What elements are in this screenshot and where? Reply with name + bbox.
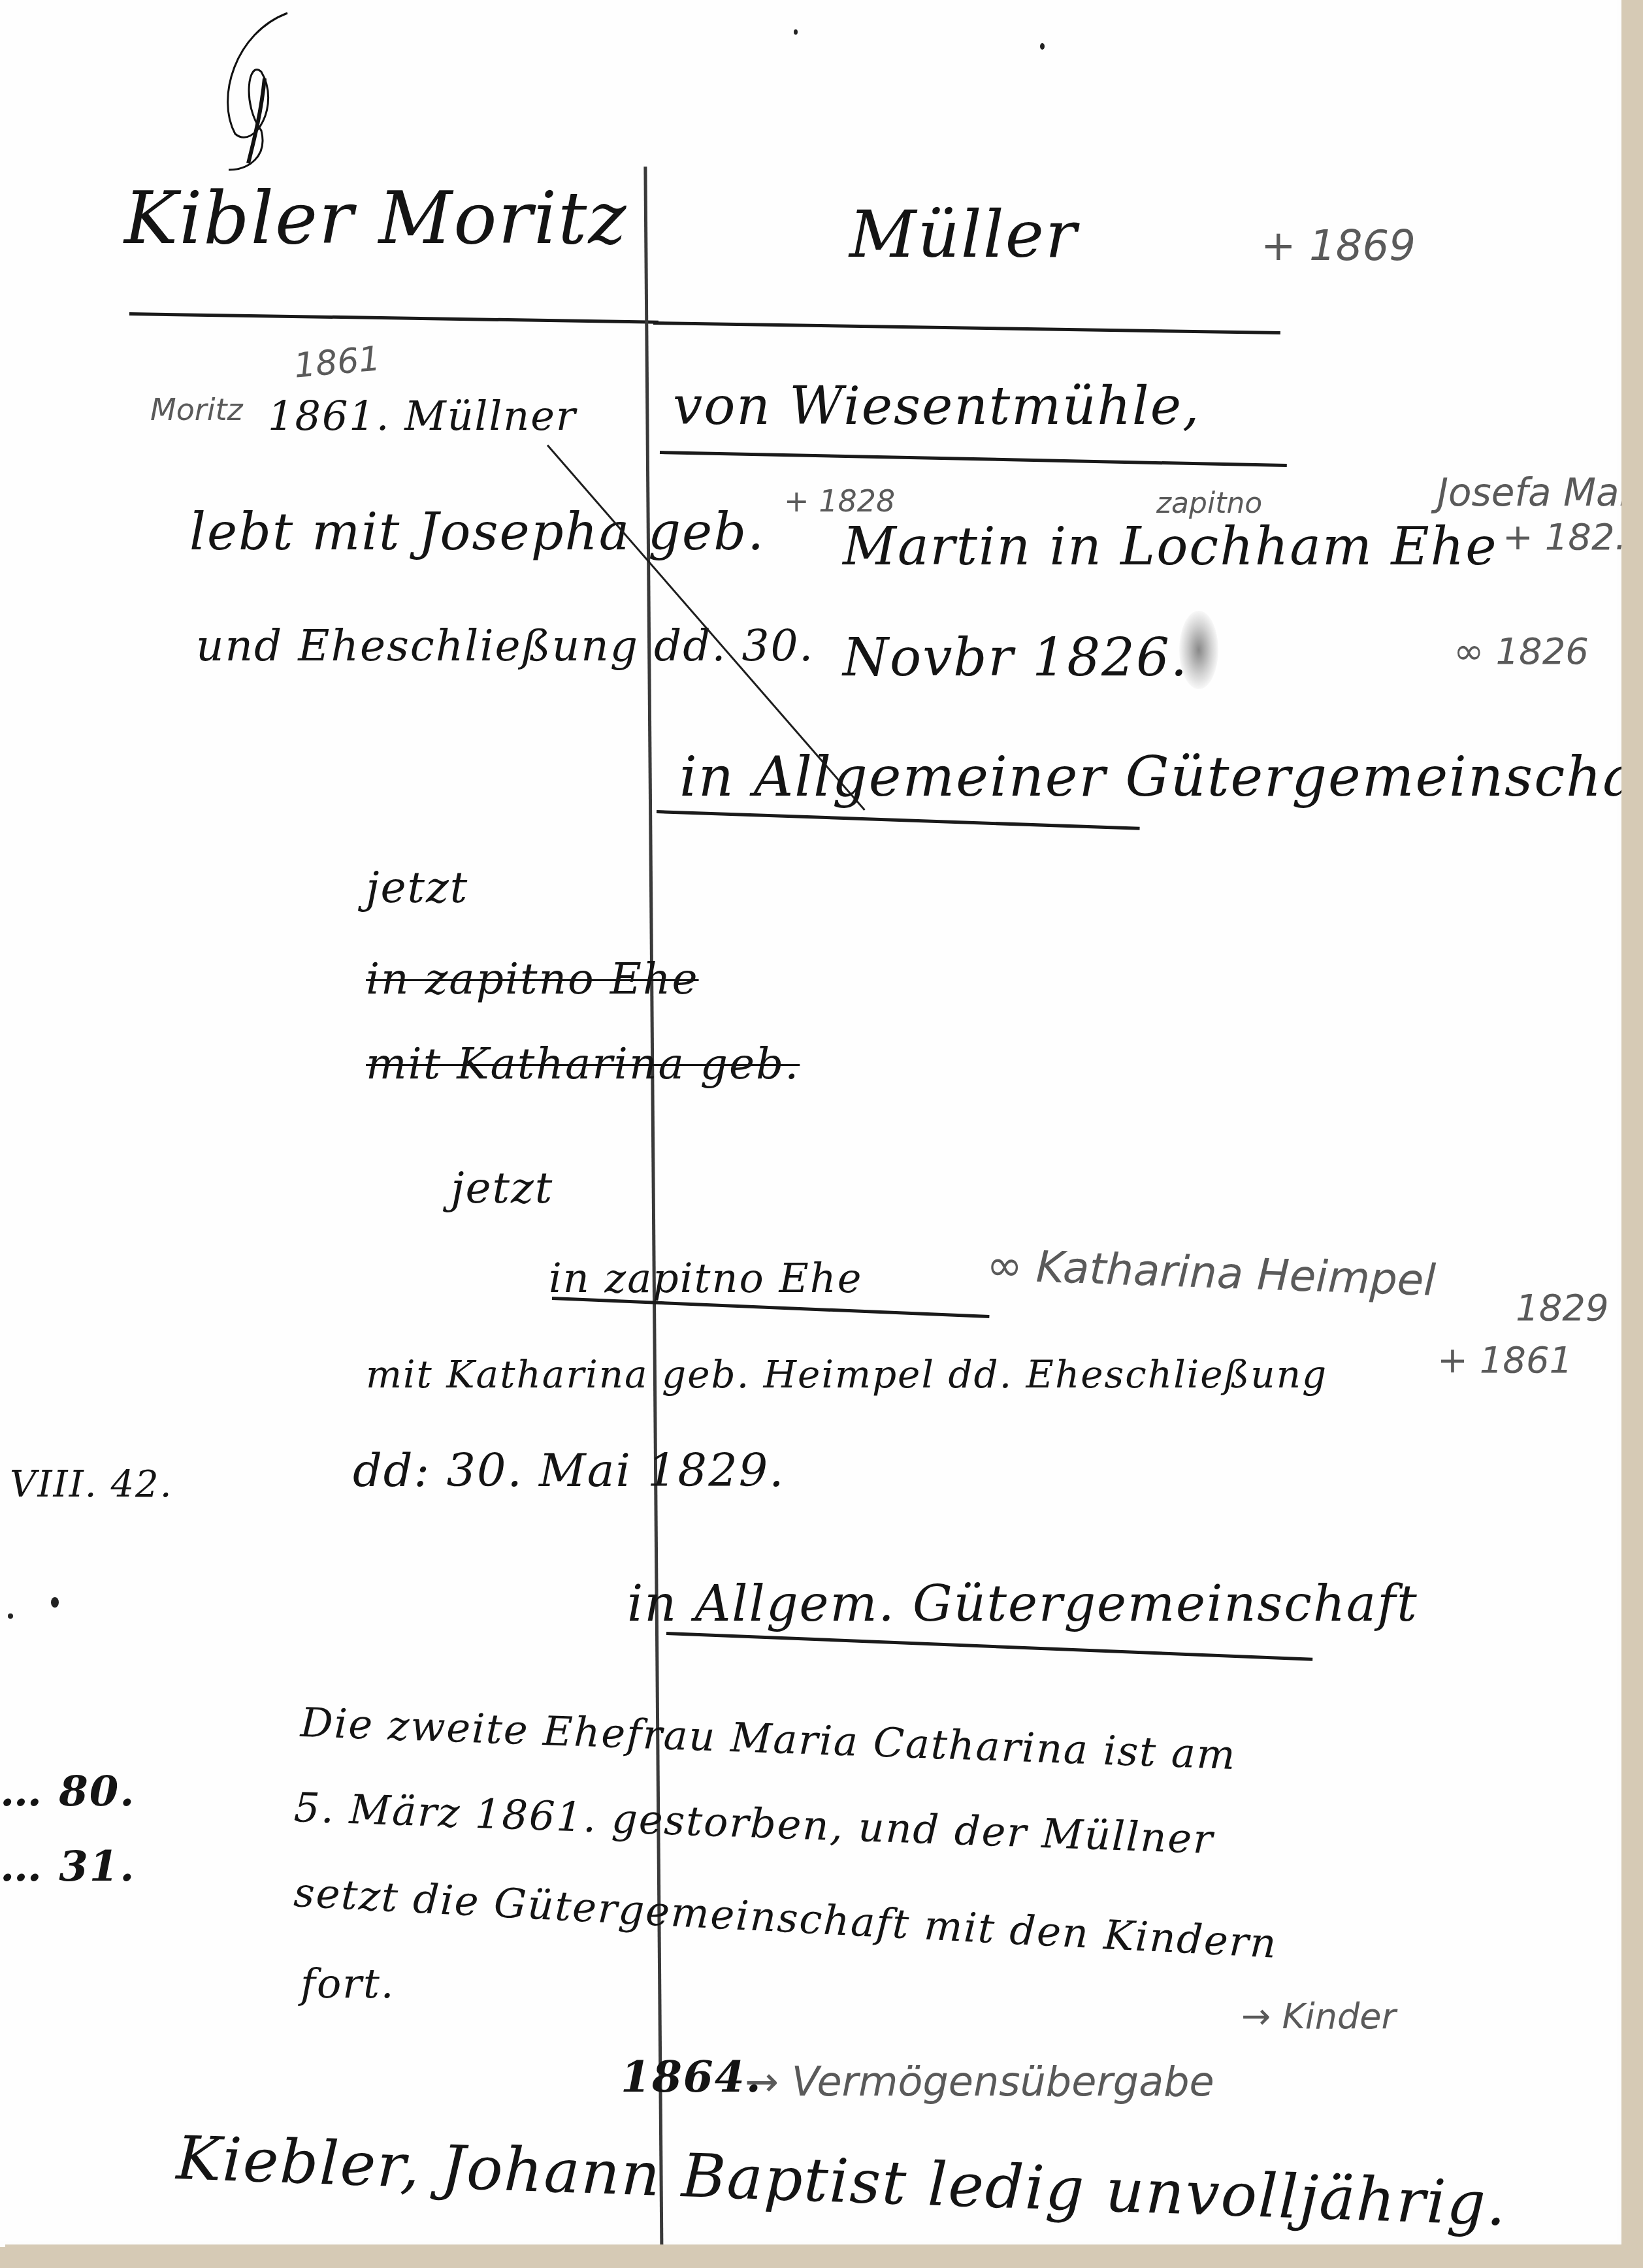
margin-ref-1: VIII. 42.	[10, 1463, 172, 1506]
insertion-zapitno: zapitno	[1156, 487, 1262, 520]
margin-josefa-name: Josefa Mar…	[1437, 470, 1643, 515]
margin-ref-3: … 31.	[0, 1842, 136, 1891]
jetzt-1: jetzt	[366, 862, 468, 913]
transfer-note: → Vermögensübergabe	[745, 2058, 1214, 2105]
entry-year-line: 1861. Müllner	[268, 392, 577, 440]
header-surname: Kibler Moritz	[124, 176, 627, 260]
ink-spot	[1040, 43, 1045, 50]
margin-birth-1829: 1829	[1516, 1287, 1609, 1329]
right-line-7: dd: 30. Mai 1829.	[353, 1444, 785, 1497]
right-line-6: mit Katharina geb. Heimpel dd. Eheschlie…	[366, 1352, 1327, 1397]
margin-marriage-1826: ∞ 1826	[1454, 630, 1589, 673]
left-line-1: lebt mit Josepha geb.	[189, 503, 765, 562]
page-number-flourish-icon	[157, 7, 327, 183]
right-line-5: in zapitno Ehe	[549, 1254, 862, 1302]
document-page: Kibler Moritz Müller + 1869 1861 Moritz …	[0, 0, 1621, 2247]
ink-spot	[8, 1613, 13, 1619]
scan-background-right	[1621, 31, 1643, 2268]
death-note-1828: + 1828	[784, 483, 895, 519]
pencil-year: 1861	[293, 339, 382, 385]
right-line-3: Novbr 1826.	[843, 627, 1188, 688]
right-line-2: Martin in Lochham Ehe	[843, 516, 1497, 577]
header-death-note: + 1869	[1261, 222, 1416, 270]
jetzt-2: jetzt	[451, 1163, 553, 1213]
ink-spot	[51, 1597, 59, 1608]
scan-background-bottom	[5, 2244, 1643, 2268]
header-occupation: Müller	[849, 196, 1078, 272]
right-line-4: in Allgemeiner Gütergemeinschaft.	[679, 745, 1643, 809]
struck-line-1: in zapitno Ehe	[366, 954, 699, 1004]
right-line-1: von Wiesentmühle,	[673, 376, 1200, 436]
ink-spot	[794, 29, 798, 35]
right-line-8: in Allgem. Gütergemeinschaft	[627, 1574, 1418, 1632]
ink-smudge	[1179, 611, 1218, 689]
year-1864: 1864.	[621, 2051, 762, 2102]
pencil-name: Moritz	[150, 392, 243, 427]
margin-ref-2: … 80.	[0, 1767, 136, 1816]
margin-death-1861: + 1861	[1437, 1339, 1572, 1382]
struck-line-2: mit Katharina geb.	[366, 1039, 800, 1089]
kinder-note: → Kinder	[1241, 1996, 1396, 2037]
paragraph-line-4: fort.	[301, 1960, 395, 2007]
